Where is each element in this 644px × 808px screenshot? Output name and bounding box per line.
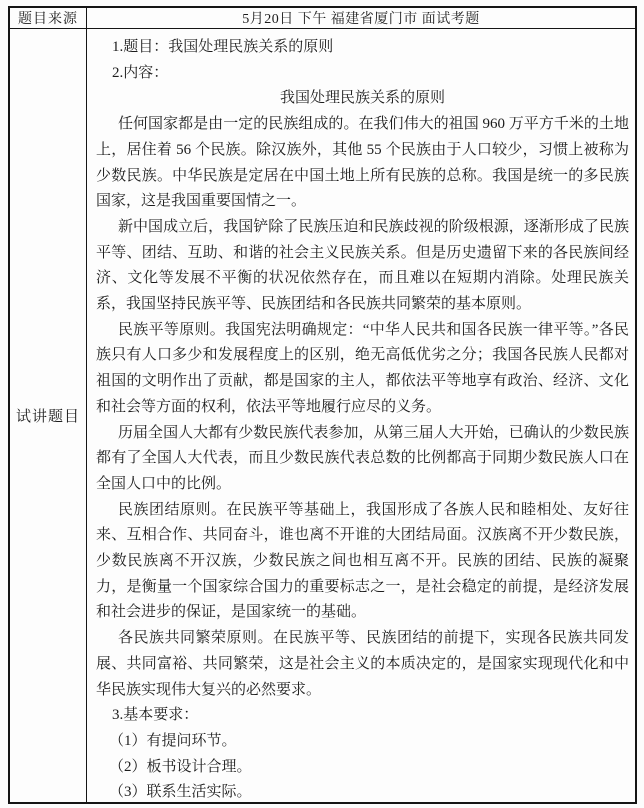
row-label-cell: 试讲题目 — [10, 29, 87, 802]
topic-line: 1.题目：我国处理民族关系的原则 — [96, 35, 629, 61]
paragraph-2: 新中国成立后，我国铲除了民族压迫和民族歧视的阶级根源，逐渐形成了民族平等、团结、… — [96, 215, 629, 318]
requirement-1: （1）有提问环节。 — [96, 729, 629, 755]
exam-table: 题目来源 5月20日 下午 福建省厦门市 面试考题 试讲题目 1.题目：我国处理… — [8, 6, 637, 804]
paragraph-1: 任何国家都是由一定的民族组成的。在我们伟大的祖国 960 万平方千米的土地上，居… — [96, 112, 629, 215]
paragraph-3: 民族平等原则。我国宪法明确规定：“中华人民共和国各民族一律平等。”各民族只有人口… — [96, 318, 629, 421]
requirement-3: （3）联系生活实际。 — [96, 780, 629, 802]
requirement-2: （2）板书设计合理。 — [96, 755, 629, 781]
lesson-title: 我国处理民族关系的原则 — [96, 86, 629, 112]
exam-document-page: 题目来源 5月20日 下午 福建省厦门市 面试考题 试讲题目 1.题目：我国处理… — [0, 0, 644, 808]
table-body-row: 试讲题目 1.题目：我国处理民族关系的原则 2.内容： 我国处理民族关系的原则 … — [10, 29, 635, 802]
paragraph-6: 各民族共同繁荣原则。在民族平等、民族团结的前提下，实现各民族共同发展、共同富裕、… — [96, 626, 629, 703]
paragraph-5: 民族团结原则。在民族平等基础上，我国形成了各族人民和睦相处、友好往来、互相合作、… — [96, 498, 629, 627]
table-header-row: 题目来源 5月20日 下午 福建省厦门市 面试考题 — [10, 8, 635, 29]
source-value-cell: 5月20日 下午 福建省厦门市 面试考题 — [87, 8, 635, 28]
source-label-cell: 题目来源 — [10, 8, 87, 28]
content-label-line: 2.内容： — [96, 61, 629, 87]
paragraph-4: 历届全国人大都有少数民族代表参加，从第三届人大开始，已确认的少数民族都有了全国人… — [96, 421, 629, 498]
content-cell: 1.题目：我国处理民族关系的原则 2.内容： 我国处理民族关系的原则 任何国家都… — [87, 29, 635, 802]
requirements-heading: 3.基本要求： — [96, 703, 629, 729]
